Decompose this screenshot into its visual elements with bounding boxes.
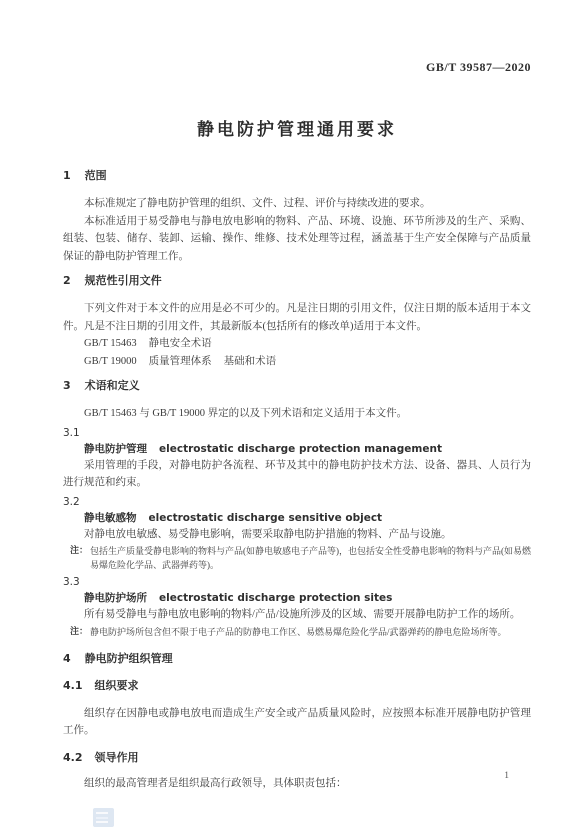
normative-ref-item: GB/T 15463静电安全术语 [84,335,531,353]
term-definition: 对静电放电敏感、易受静电影响，需要采取静电防护措施的物料、产品与设施。 [63,526,531,544]
section-4-1-heading: 4.1组织要求 [63,679,531,693]
term-heading: 静电防护场所electrostatic discharge protection… [84,591,531,606]
section-2-heading: 2规范性引用文件 [63,274,531,288]
term-en: electrostatic discharge protection manag… [159,443,442,455]
ref-subtitle: 基础和术语 [224,356,277,367]
page-number: 1 [504,771,509,781]
term-id: 3.3 [63,575,531,589]
sac-watermark-logo-icon [93,808,114,827]
term-definition: 所有易受静电与静电放电影响的物料/产品/设施所涉及的区域、需要开展静电防护工作的… [63,606,531,624]
term-zh: 静电防护场所 [84,592,147,604]
section-3-heading: 3术语和定义 [63,379,531,393]
doc-number: GB/T 39587—2020 [63,0,531,75]
term-note: 注： 包括生产质量受静电影响的物料与产品(如静电敏感电子产品等)，也包括安全性受… [70,544,531,572]
org-requirements-paragraph: 组织存在因静电或静电放电而造成生产安全或产品质量风险时，应按照本标准开展静电防护… [63,705,531,740]
section-2-title: 规范性引用文件 [85,274,162,287]
document-page: GB/T 39587—2020 静电防护管理通用要求 1范围 本标准规定了静电防… [0,0,584,830]
section-3-number: 3 [63,379,71,392]
note-body: 静电防护场所包含但不限于电子产品的防静电工作区、易燃易爆危险化学品/武器弹药的静… [90,625,531,639]
ref-title: 质量管理体系 [149,356,212,367]
term-en: electrostatic discharge protection sites [159,592,392,604]
section-1-number: 1 [63,169,71,182]
ref-title: 静电安全术语 [149,338,212,349]
note-label: 注： [70,625,88,639]
leadership-paragraph: 组织的最高管理者是组织最高行政领导，具体职责包括： [63,775,531,793]
terms-intro-paragraph: GB/T 15463 与 GB/T 19000 界定的以及下列术语和定义适用于本… [63,405,531,423]
ref-code: GB/T 15463 [84,338,137,349]
section-4-2-heading: 4.2领导作用 [63,751,531,765]
scope-paragraph-2: 本标准适用于易受静电与静电放电影响的物料、产品、环境、设施、环节所涉及的生产、采… [63,213,531,266]
term-id: 3.2 [63,495,531,509]
section-4-heading: 4静电防护组织管理 [63,652,531,666]
section-1-heading: 1范围 [63,169,531,183]
normative-ref-item: GB/T 19000质量管理体系基础和术语 [84,353,531,371]
term-note: 注： 静电防护场所包含但不限于电子产品的防静电工作区、易燃易爆危险化学品/武器弹… [70,625,531,639]
section-4-number: 4 [63,652,71,665]
term-en: electrostatic discharge sensitive object [149,512,383,524]
section-4-1-number: 4.1 [63,679,83,692]
normative-refs-paragraph: 下列文件对于本文件的应用是必不可少的。凡是注日期的引用文件，仅注日期的版本适用于… [63,300,531,335]
section-4-1-title: 组织要求 [95,679,139,692]
section-4-2-title: 领导作用 [95,751,139,764]
term-zh: 静电敏感物 [84,512,137,524]
term-heading: 静电防护管理electrostatic discharge protection… [84,442,531,457]
page-title: 静电防护管理通用要求 [63,115,531,140]
section-4-2-number: 4.2 [63,751,83,764]
scope-paragraph-1: 本标准规定了静电防护管理的组织、文件、过程、评价与持续改进的要求。 [63,195,531,213]
section-1-title: 范围 [85,169,107,182]
term-zh: 静电防护管理 [84,443,147,455]
note-label: 注： [70,544,88,572]
term-id: 3.1 [63,426,531,440]
term-definition: 采用管理的手段，对静电防护各流程、环节及其中的静电防护技术方法、设备、器具、人员… [63,457,531,492]
ref-code: GB/T 19000 [84,356,137,367]
section-2-number: 2 [63,274,71,287]
term-heading: 静电敏感物electrostatic discharge sensitive o… [84,511,531,526]
page-content: GB/T 39587—2020 静电防护管理通用要求 1范围 本标准规定了静电防… [0,0,584,792]
note-body: 包括生产质量受静电影响的物料与产品(如静电敏感电子产品等)，也包括安全性受静电影… [90,544,531,572]
section-3-title: 术语和定义 [85,379,140,392]
section-4-title: 静电防护组织管理 [85,652,173,665]
